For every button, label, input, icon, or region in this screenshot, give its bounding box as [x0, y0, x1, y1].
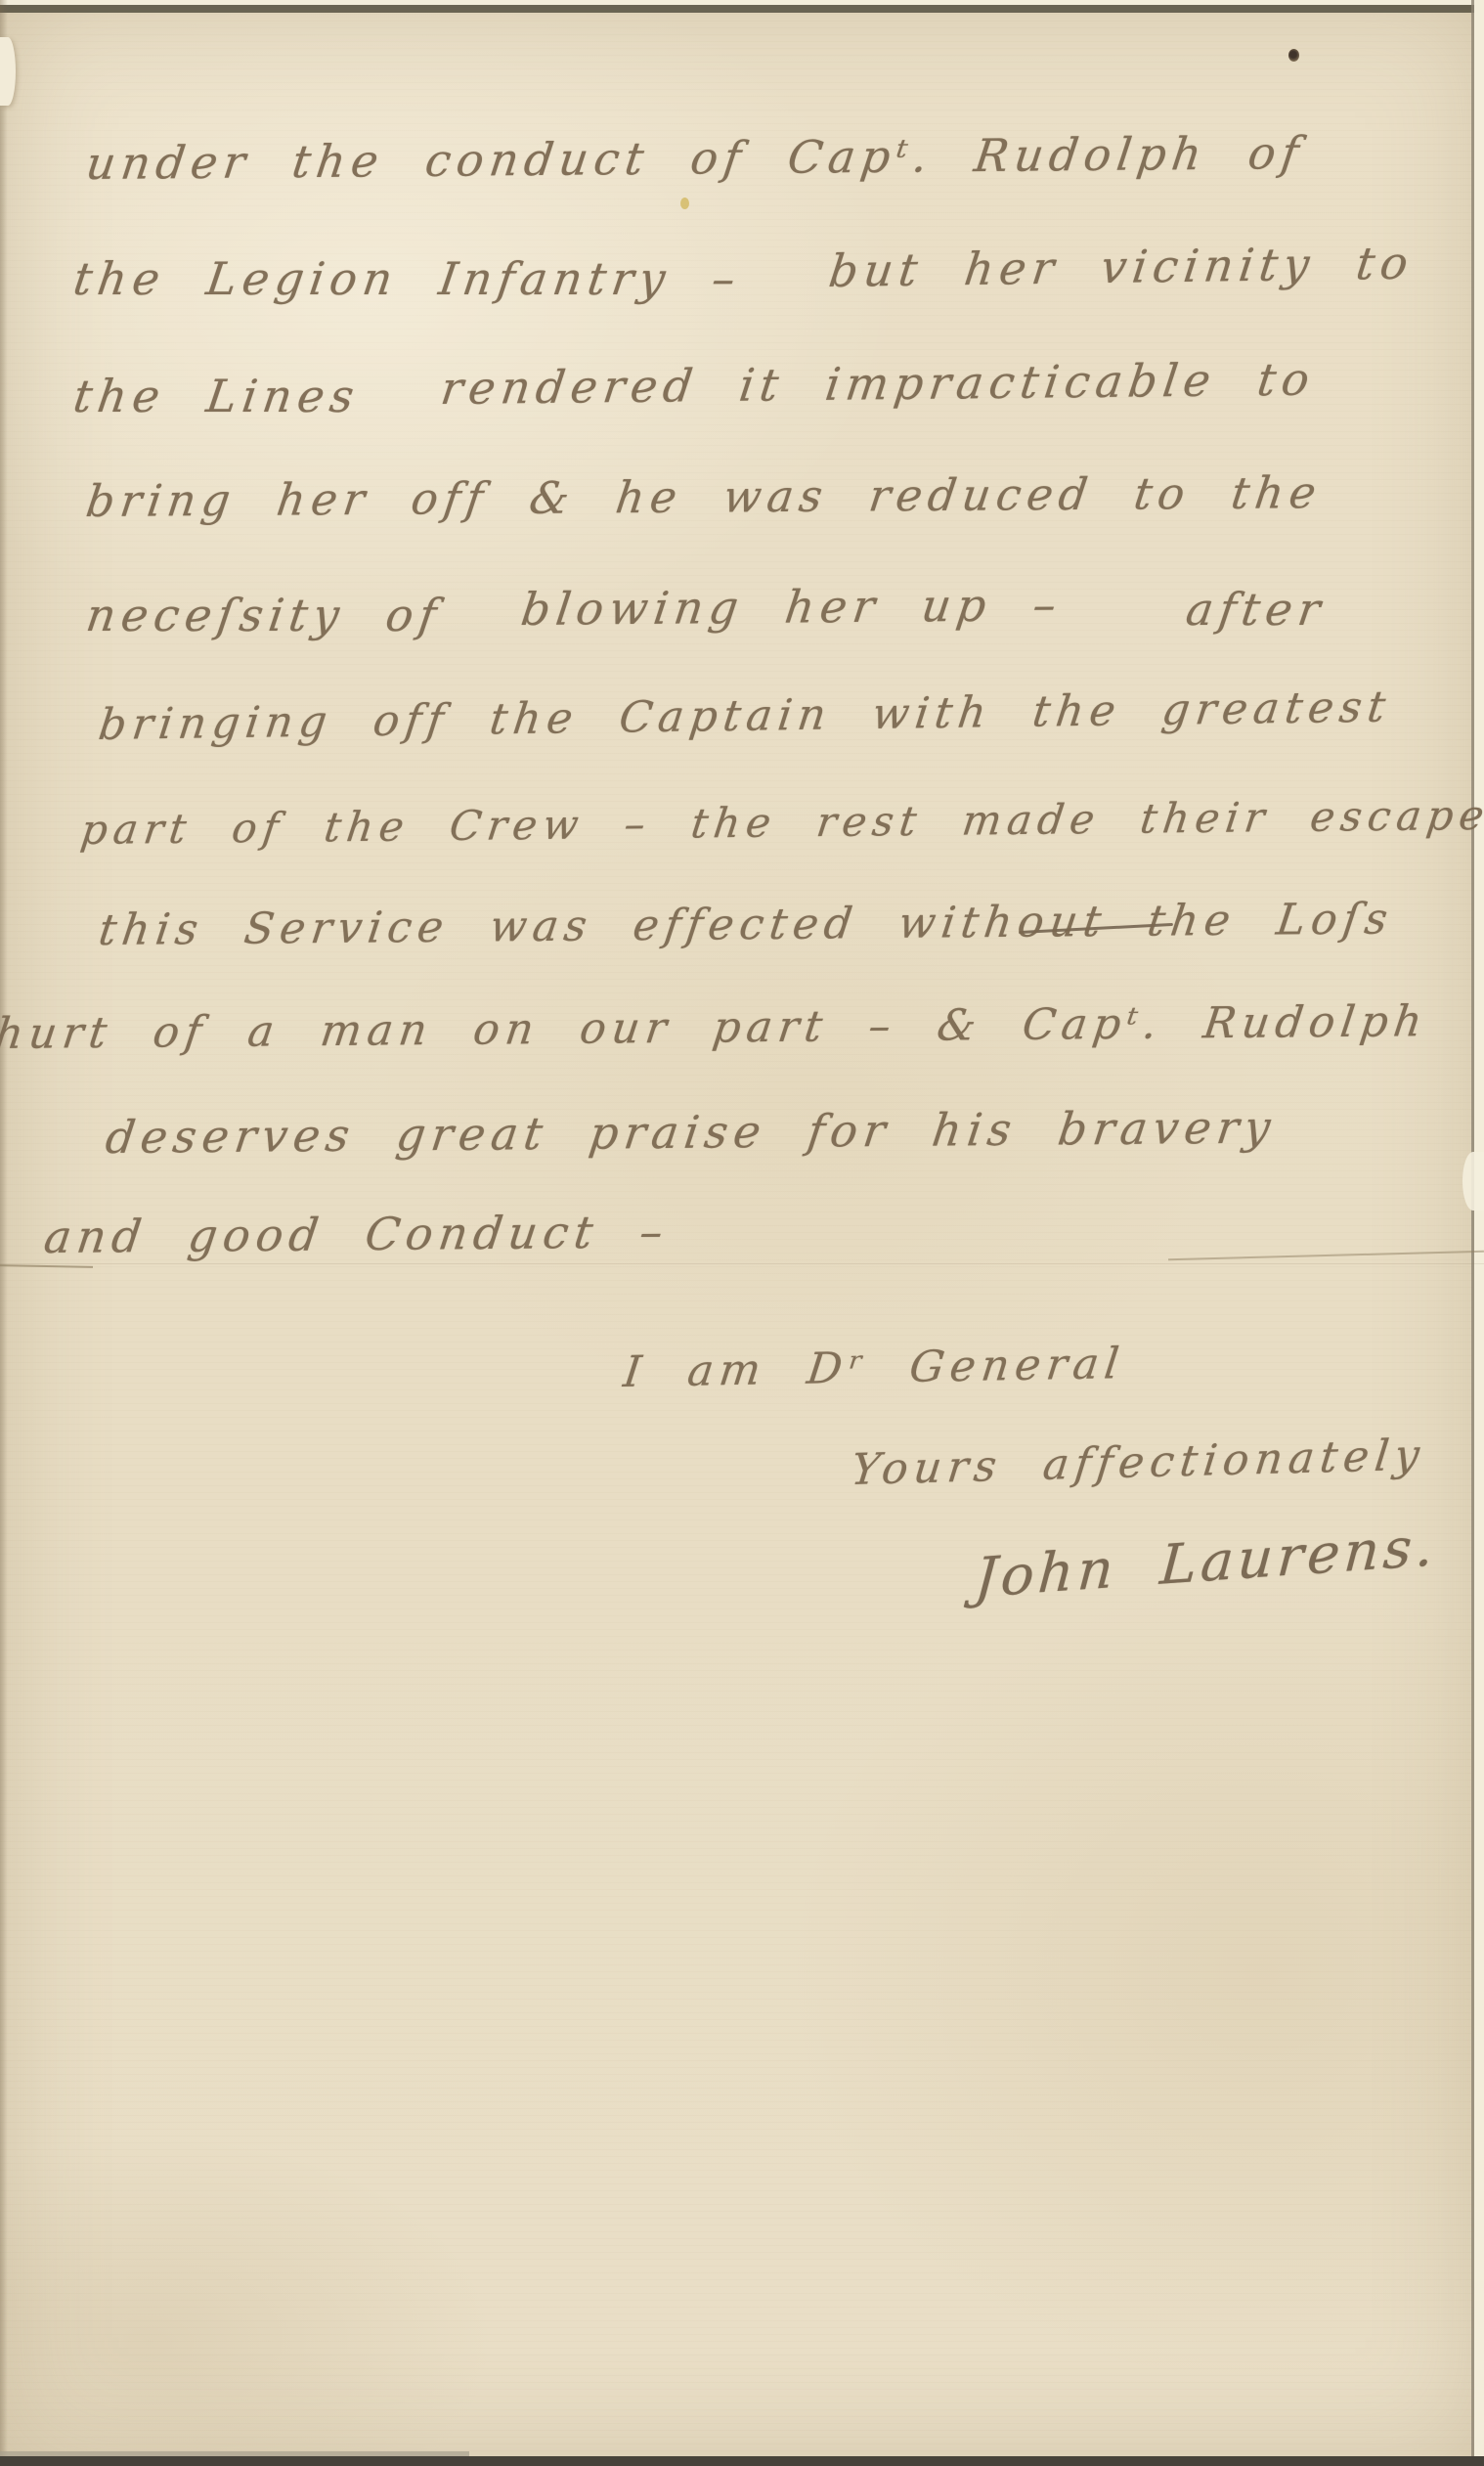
letter-line-1: under the conduct of Capᵗ. Rudolph of: [83, 126, 1308, 190]
letter-line-3: but her vicinity to: [826, 237, 1417, 297]
signature-text: John Laurens.: [973, 1515, 1439, 1610]
scan-edge-bottom-dark: [0, 2456, 1484, 2466]
scan-edge-left-shade: [0, 0, 8, 2466]
scan-edge-top-dark: [0, 5, 1484, 13]
fold-crease-left: [0, 1264, 93, 1268]
fold-crease-faint: [0, 1263, 1484, 1264]
letter-line-13: hurt of a man on our part – & Capᵗ. Rudo…: [0, 996, 1431, 1059]
letter-page: under the conduct of Capᵗ. Rudolph ofthe…: [0, 0, 1484, 2466]
letter-line-10: bringing off the Captain with the greate…: [96, 683, 1394, 750]
letter-line-2: the Legion Infantry –: [70, 252, 744, 305]
letter-line-14: deserves great praise for his bravery: [103, 1101, 1280, 1164]
letter-line-15: and good Conduct –: [41, 1205, 672, 1263]
letter-line-5: rendered it impracticable to: [438, 353, 1318, 415]
letter-line-6: bring her off & he was reduced to the: [83, 466, 1325, 527]
letter-line-8: blowing her up –: [518, 578, 1066, 636]
letter-line-16: I am Dʳ General: [621, 1339, 1127, 1397]
letter-line-7: neceſsity of: [83, 589, 446, 641]
page-edge-right-strip: [1474, 0, 1484, 2466]
fold-crease-right: [1168, 1251, 1484, 1260]
letter-line-17: Yours affectionately: [849, 1431, 1427, 1495]
letter-line-9: after: [1183, 583, 1330, 636]
paper-tear-top-left: [0, 37, 16, 106]
letter-line-12: this Service was effected without the Lo…: [96, 894, 1396, 955]
ink-dot-speck: [1288, 49, 1299, 62]
letter-line-4: the Lines: [70, 370, 363, 422]
yellow-wax-speck: [680, 198, 689, 209]
paper-chip-right-edge: [1462, 1152, 1484, 1211]
letter-line-11: part of the Crew – the rest made their e…: [78, 791, 1484, 854]
